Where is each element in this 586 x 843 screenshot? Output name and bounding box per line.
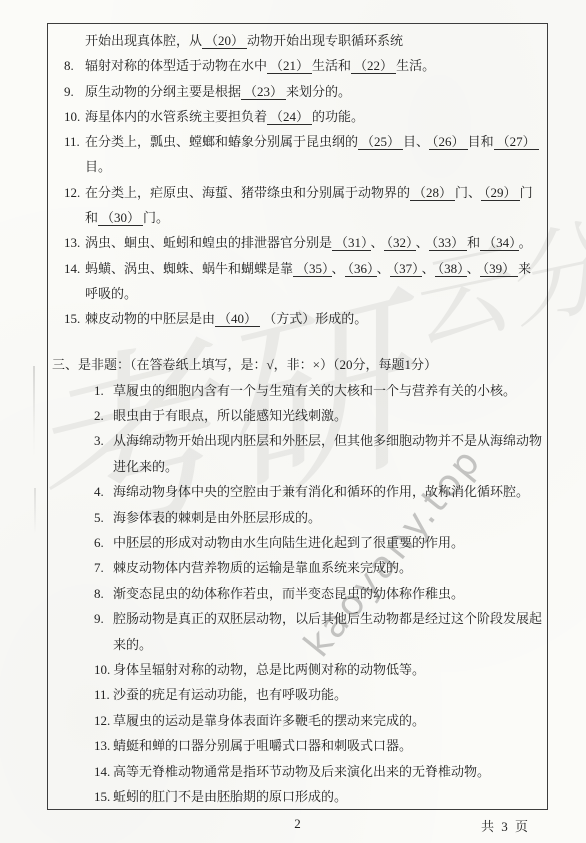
- question-text: 腔肠动物是真正的双胚层动物，以后其他后生动物都是经过这个阶段发展起来的。: [113, 611, 542, 651]
- question-item: 14.高等无脊椎动物通常是指环节动物及后来演化出来的无脊椎动物。: [48, 759, 544, 784]
- question-text: 高等无脊椎动物通常是指环节动物及后来演化出来的无脊椎动物。: [113, 764, 490, 779]
- question-number: 12.: [64, 180, 80, 205]
- question-item: 10.身体呈辐射对称的动物，总是比两侧对称的动物低等。: [48, 657, 544, 682]
- question-item: 16.蜘蛛与蝗虫的循环系统相同，但呼吸系统则有不同。: [48, 809, 544, 810]
- question-number: 11.: [64, 129, 80, 154]
- answer-blank: （21）: [267, 58, 312, 74]
- question-item: 6.中胚层的形成对动物由水生向陆生进化起到了很重要的作用。: [48, 530, 544, 555]
- question-item: 15.蚯蚓的肛门不是由胚胎期的原口形成的。: [48, 784, 544, 809]
- question-text: 在分类上，疟原虫、海蜇、猪带绦虫和分别属于动物界的（28）门、（29）门和（30…: [85, 185, 533, 226]
- question-number: 13.: [64, 230, 80, 255]
- answer-blank: （35）: [293, 261, 332, 277]
- question-number: 9.: [64, 79, 74, 104]
- question-text: 蜻蜓和蝉的口器分别属于咀嚼式口器和刺吸式口器。: [113, 738, 412, 753]
- answer-blank: （40）: [215, 311, 260, 327]
- answer-blank: （28）: [410, 185, 455, 201]
- question-number: 1.: [94, 378, 104, 403]
- question-number: 3.: [94, 428, 104, 453]
- page-count: 共 3 页: [481, 816, 530, 835]
- question-number: 7.: [94, 555, 104, 580]
- answer-blank: （33）: [429, 235, 468, 251]
- question-text: 棘皮动物体内营养物质的运输是靠血系统来完成的。: [113, 560, 412, 575]
- question-number: 5.: [94, 505, 104, 530]
- question-text: 涡虫、蛔虫、蚯蚓和蝗虫的排泄器官分别是（31）、（32）、（33）和（34）。: [85, 235, 532, 251]
- question-text: 海参体表的棘刺是由外胚层形成的。: [113, 510, 321, 525]
- answer-blank: （32）: [384, 235, 416, 251]
- scan-edge-artifact: [33, 366, 35, 458]
- question-text: 身体呈辐射对称的动物，总是比两侧对称的动物低等。: [113, 662, 425, 677]
- continuation-line: 开始出现真体腔，从（20）动物开始出现专职循环系统: [48, 28, 544, 53]
- question-item: 7.棘皮动物体内营养物质的运输是靠血系统来完成的。: [48, 555, 544, 580]
- question-item: 11.在分类上，瓢虫、螳螂和蝽象分别属于昆虫纲的（25）目、（26）目和（27）…: [48, 129, 544, 180]
- answer-blank: （31）: [332, 235, 371, 251]
- question-item: 14.蚂蟥、涡虫、蜘蛛、蜗牛和蝴蝶是靠（35）、（36）、（37）、（38）、（…: [48, 256, 544, 307]
- question-item: 12.在分类上，疟原虫、海蜇、猪带绦虫和分别属于动物界的（28）门、（29）门和…: [48, 180, 544, 231]
- question-number: 15.: [94, 784, 110, 809]
- question-number: 14.: [94, 759, 110, 784]
- answer-blank: （38）: [435, 261, 467, 277]
- question-text: 沙蚕的疣足有运动功能，也有呼吸功能。: [113, 687, 347, 702]
- question-number: 4.: [94, 479, 104, 504]
- exam-content: 开始出现真体腔，从（20）动物开始出现专职循环系统 8.辐射对称的体型适于动物在…: [48, 24, 547, 810]
- answer-blank: （29）: [481, 185, 520, 201]
- question-number: 9.: [94, 606, 104, 631]
- true-false-section: 三、是非题：（在答卷纸上填写，是：√，非：×）（20分，每题1分） 1.草履虫的…: [48, 352, 544, 810]
- question-number: 2.: [94, 403, 104, 428]
- answer-blank: （25）: [358, 134, 403, 150]
- question-text: 眼虫由于有眼点，所以能感知光线刺激。: [113, 408, 347, 423]
- fill-in-question-list: 8.辐射对称的体型适于动物在水中（21）生活和（22）生活。9.原生动物的分纲主…: [48, 53, 544, 331]
- question-number: 8.: [94, 581, 104, 606]
- answer-blank: （26）: [429, 134, 468, 150]
- answer-blank: （20）: [202, 33, 247, 49]
- question-item: 13.涡虫、蛔虫、蚯蚓和蝗虫的排泄器官分别是（31）、（32）、（33）和（34…: [48, 230, 544, 255]
- question-text: 草履虫的细胞内含有一个与生殖有关的大核和一个与营养有关的小核。: [113, 383, 516, 398]
- answer-blank: （36）: [345, 261, 377, 277]
- question-number: 15.: [64, 306, 80, 331]
- question-number: 16.: [94, 809, 110, 810]
- question-item: 3.从海绵动物开始出现内胚层和外胚层，但其他多细胞动物并不是从海绵动物进化来的。: [48, 428, 544, 479]
- question-item: 12.草履虫的运动是靠身体表面许多鞭毛的摆动来完成的。: [48, 708, 544, 733]
- answer-blank: （27）: [494, 134, 539, 150]
- question-number: 6.: [94, 530, 104, 555]
- question-item: 5.海参体表的棘刺是由外胚层形成的。: [48, 505, 544, 530]
- question-item: 1.草履虫的细胞内含有一个与生殖有关的大核和一个与营养有关的小核。: [48, 378, 544, 403]
- true-false-question-list: 1.草履虫的细胞内含有一个与生殖有关的大核和一个与营养有关的小核。2.眼虫由于有…: [48, 378, 544, 810]
- question-item: 4.海绵动物身体中央的空腔由于兼有消化和循环的作用，故称消化循环腔。: [48, 479, 544, 504]
- question-item: 2.眼虫由于有眼点，所以能感知光线刺激。: [48, 403, 544, 428]
- answer-blank: （37）: [390, 261, 422, 277]
- question-text: 辐射对称的体型适于动物在水中（21）生活和（22）生活。: [85, 58, 435, 74]
- section-heading: 三、是非题：（在答卷纸上填写，是：√，非：×）（20分，每题1分）: [48, 352, 544, 378]
- question-text: 中胚层的形成对动物由水生向陆生进化起到了很重要的作用。: [113, 535, 464, 550]
- answer-blank: （30）: [98, 210, 143, 226]
- question-text: 蚯蚓的肛门不是由胚胎期的原口形成的。: [113, 789, 347, 804]
- page-number: 2: [47, 816, 548, 832]
- question-number: 10.: [94, 657, 110, 682]
- answer-blank: （39）: [480, 261, 519, 277]
- question-item: 8.辐射对称的体型适于动物在水中（21）生活和（22）生活。: [48, 53, 544, 78]
- question-item: 13.蜻蜓和蝉的口器分别属于咀嚼式口器和刺吸式口器。: [48, 733, 544, 758]
- question-number: 13.: [94, 733, 110, 758]
- question-number: 11.: [94, 682, 110, 707]
- question-text: 草履虫的运动是靠身体表面许多鞭毛的摆动来完成的。: [113, 713, 425, 728]
- question-number: 14.: [64, 256, 80, 281]
- scan-edge-artifact: [34, 488, 36, 534]
- question-text: 渐变态昆虫的幼体称作若虫，而半变态昆虫的幼体称作稚虫。: [113, 586, 464, 601]
- answer-blank: （24）: [267, 109, 312, 125]
- question-text: 海绵动物身体中央的空腔由于兼有消化和循环的作用，故称消化循环腔。: [113, 484, 529, 499]
- question-item: 8.渐变态昆虫的幼体称作若虫，而半变态昆虫的幼体称作稚虫。: [48, 581, 544, 606]
- scanned-exam-page: 考研 云分享 kaoyany.top 开始出现真体腔，从（20）动物开始出现专职…: [0, 0, 586, 843]
- question-item: 11.沙蚕的疣足有运动功能，也有呼吸功能。: [48, 682, 544, 707]
- answer-blank: （22）: [351, 58, 396, 74]
- question-item: 10.海星体内的水管系统主要担负着（24）的功能。: [48, 104, 544, 129]
- answer-blank: （23）: [241, 84, 286, 100]
- content-box: 开始出现真体腔，从（20）动物开始出现专职循环系统 8.辐射对称的体型适于动物在…: [47, 23, 548, 810]
- question-text: 在分类上，瓢虫、螳螂和蝽象分别属于昆虫纲的（25）目、（26）目和（27）目。: [85, 134, 539, 174]
- question-number: 12.: [94, 708, 110, 733]
- question-text: 棘皮动物的中胚层是由（40） （方式）形成的。: [85, 311, 367, 327]
- answer-blank: （34）: [480, 235, 519, 251]
- question-text: 蚂蟥、涡虫、蜘蛛、蜗牛和蝴蝶是靠（35）、（36）、（37）、（38）、（39）…: [85, 261, 531, 301]
- question-item: 15.棘皮动物的中胚层是由（40） （方式）形成的。: [48, 306, 544, 331]
- question-text: 原生动物的分纲主要是根据（23）来划分的。: [85, 84, 351, 100]
- question-text: 海星体内的水管系统主要担负着（24）的功能。: [85, 109, 364, 125]
- question-text: 从海绵动物开始出现内胚层和外胚层，但其他多细胞动物并不是从海绵动物进化来的。: [113, 433, 542, 473]
- question-item: 9.原生动物的分纲主要是根据（23）来划分的。: [48, 79, 544, 104]
- question-number: 8.: [64, 53, 74, 78]
- question-item: 9.腔肠动物是真正的双胚层动物，以后其他后生动物都是经过这个阶段发展起来的。: [48, 606, 544, 657]
- question-number: 10.: [64, 104, 80, 129]
